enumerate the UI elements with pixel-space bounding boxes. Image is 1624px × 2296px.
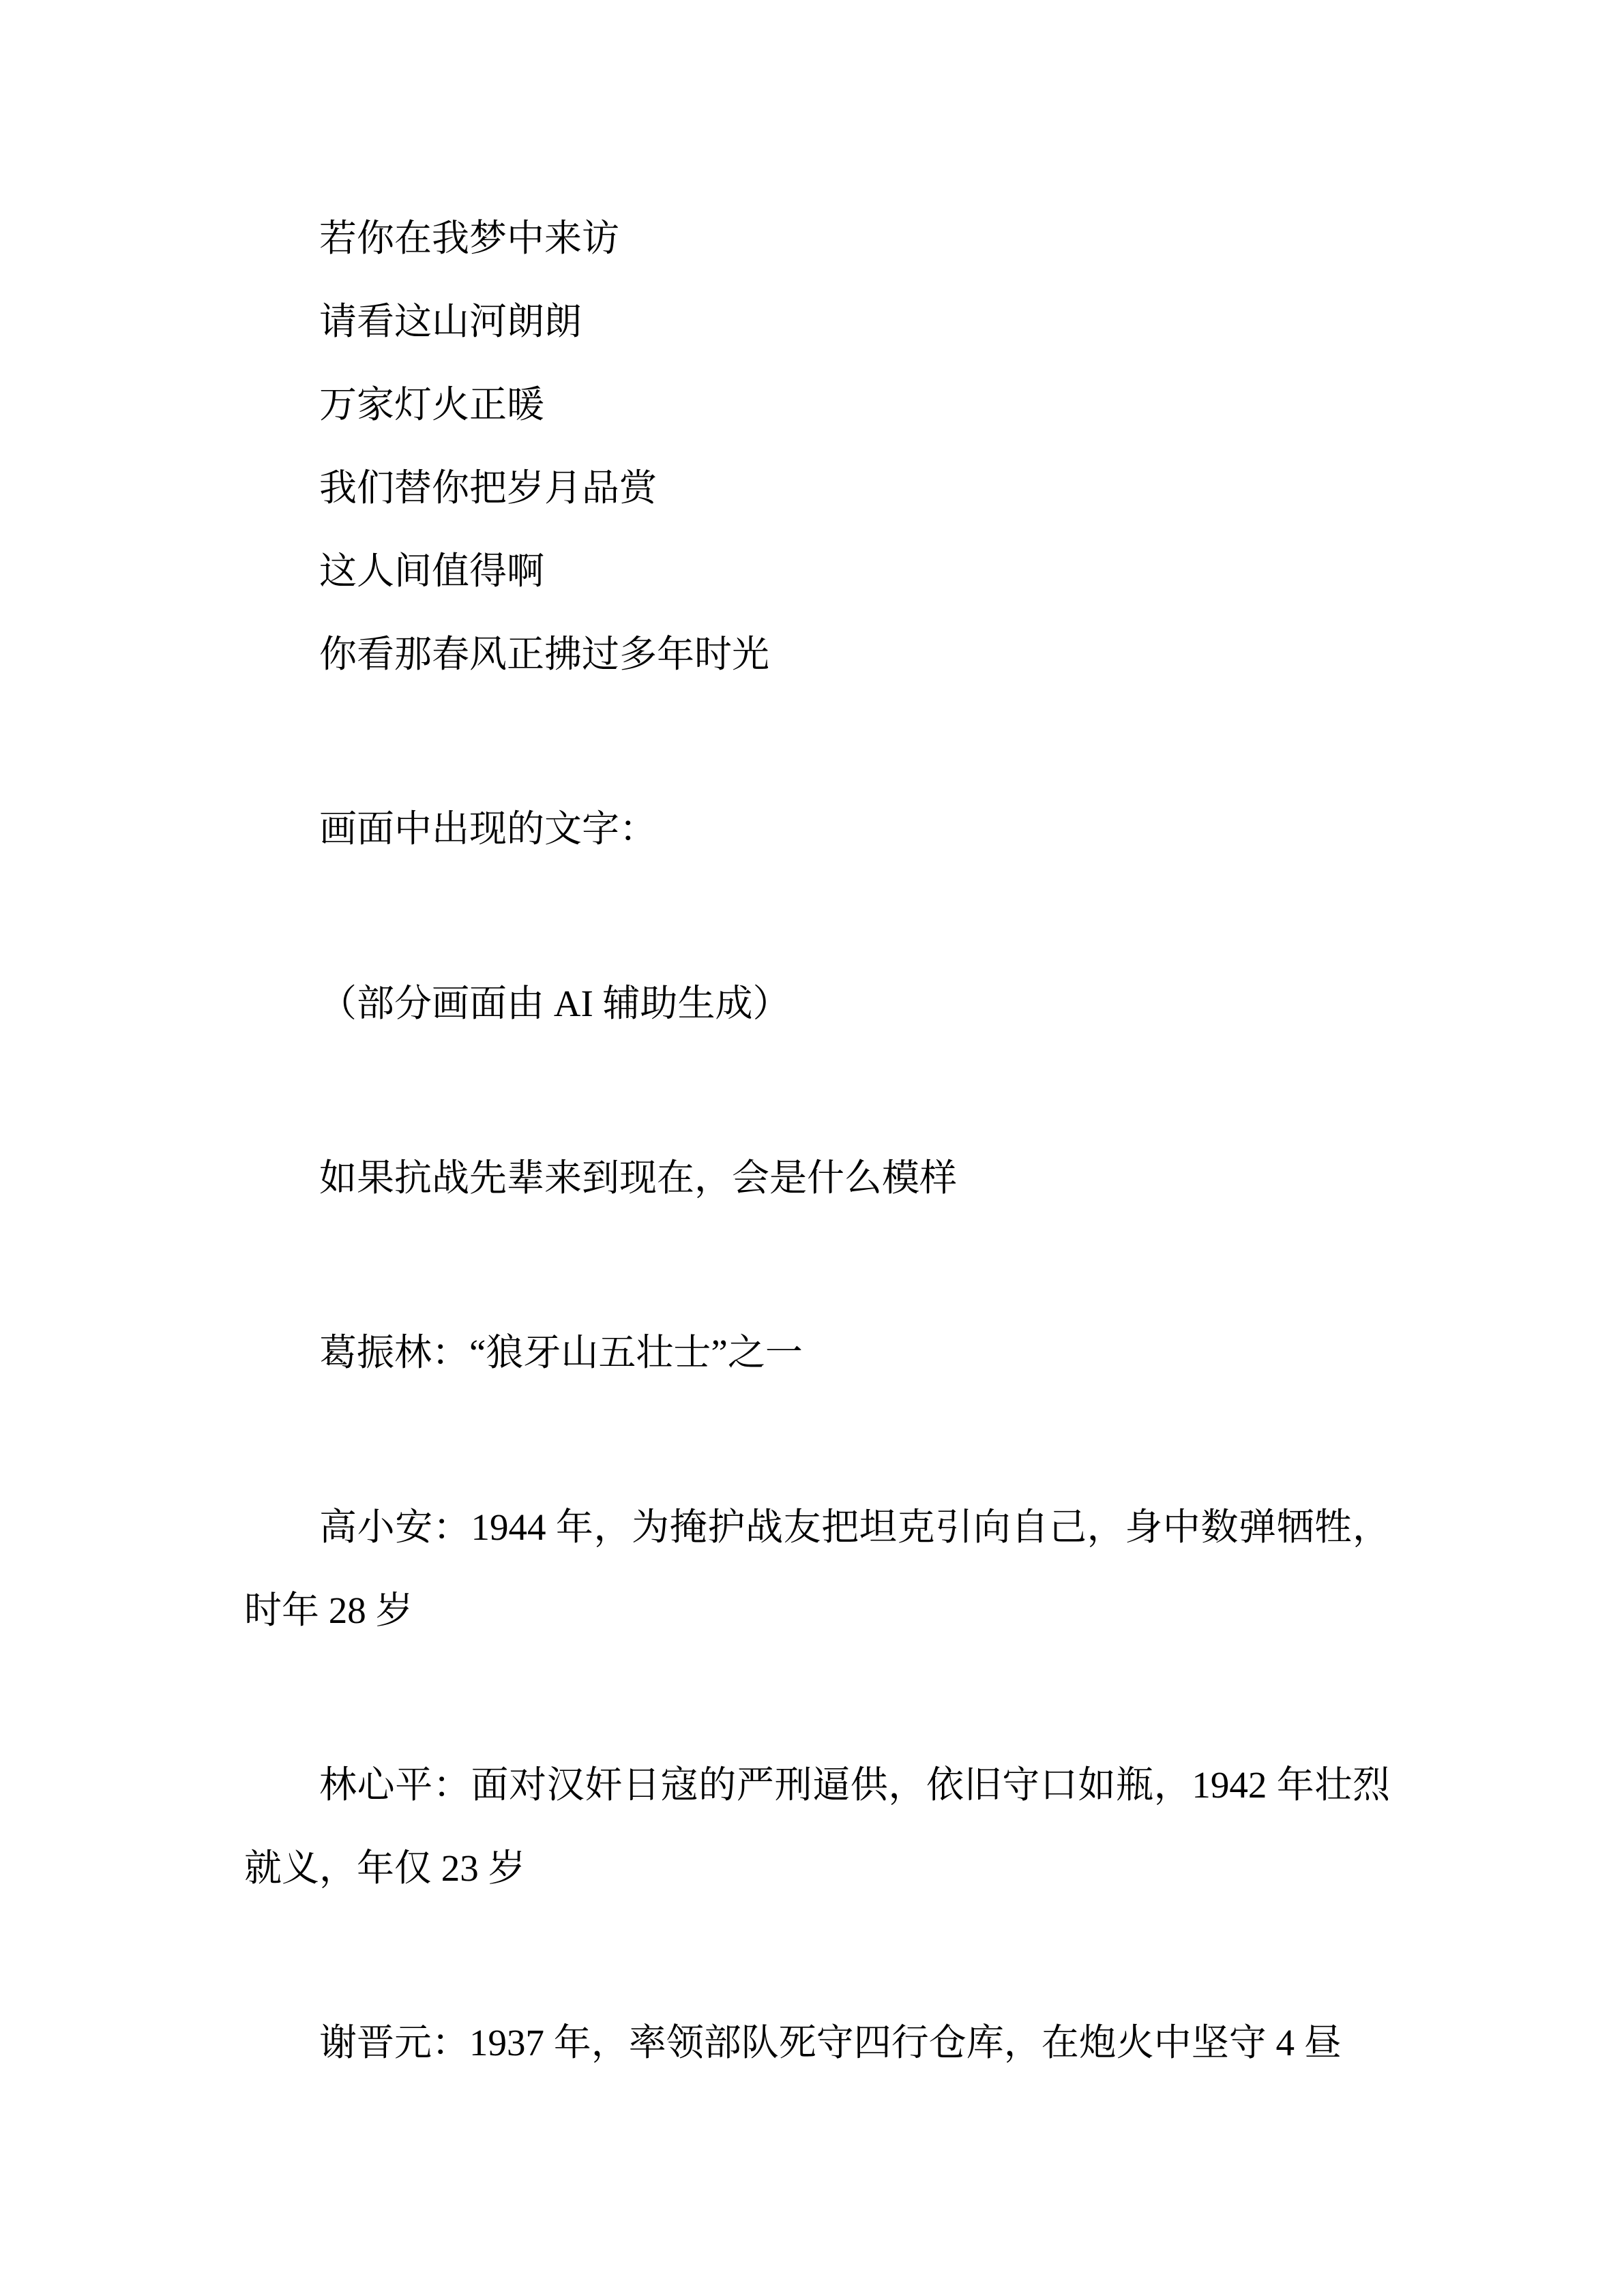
hero-line-gezhenlin: 葛振林：“狼牙山五壮士”之一 bbox=[244, 1311, 1390, 1395]
hero-line-linxinping: 林心平：面对汉奸日寇的严刑逼供，依旧守口如瓶，1942 年壮烈就义，年仅 23 … bbox=[244, 1744, 1390, 1910]
document-page: 若你在我梦中来访 请看这山河朗朗 万家灯火正暖 我们替你把岁月品赏 这人间值得啊… bbox=[244, 197, 1390, 2085]
lyric-line-6: 你看那春风正拂过多年时光 bbox=[244, 613, 1390, 696]
lyric-line-1: 若你在我梦中来访 bbox=[244, 197, 1390, 280]
hero-line-xiejinyuan: 谢晋元：1937 年，率领部队死守四行仓库，在炮火中坚守 4 昼 bbox=[244, 2001, 1390, 2085]
question-line: 如果抗战先辈来到现在，会是什么模样 bbox=[244, 1137, 1390, 1220]
lyric-line-3: 万家灯火正暖 bbox=[244, 363, 1390, 447]
caption-intro: 画面中出现的文字： bbox=[244, 788, 1390, 871]
lyric-line-4: 我们替你把岁月品赏 bbox=[244, 447, 1390, 530]
lyric-line-5: 这人间值得啊 bbox=[244, 530, 1390, 613]
lyric-line-2: 请看这山河朗朗 bbox=[244, 280, 1390, 363]
ai-generated-note: （部分画面由 AI 辅助生成） bbox=[244, 962, 1390, 1045]
hero-line-gaoxiaoan: 高小安：1944 年，为掩护战友把坦克引向自己，身中数弹牺牲，时年 28 岁 bbox=[244, 1486, 1390, 1652]
